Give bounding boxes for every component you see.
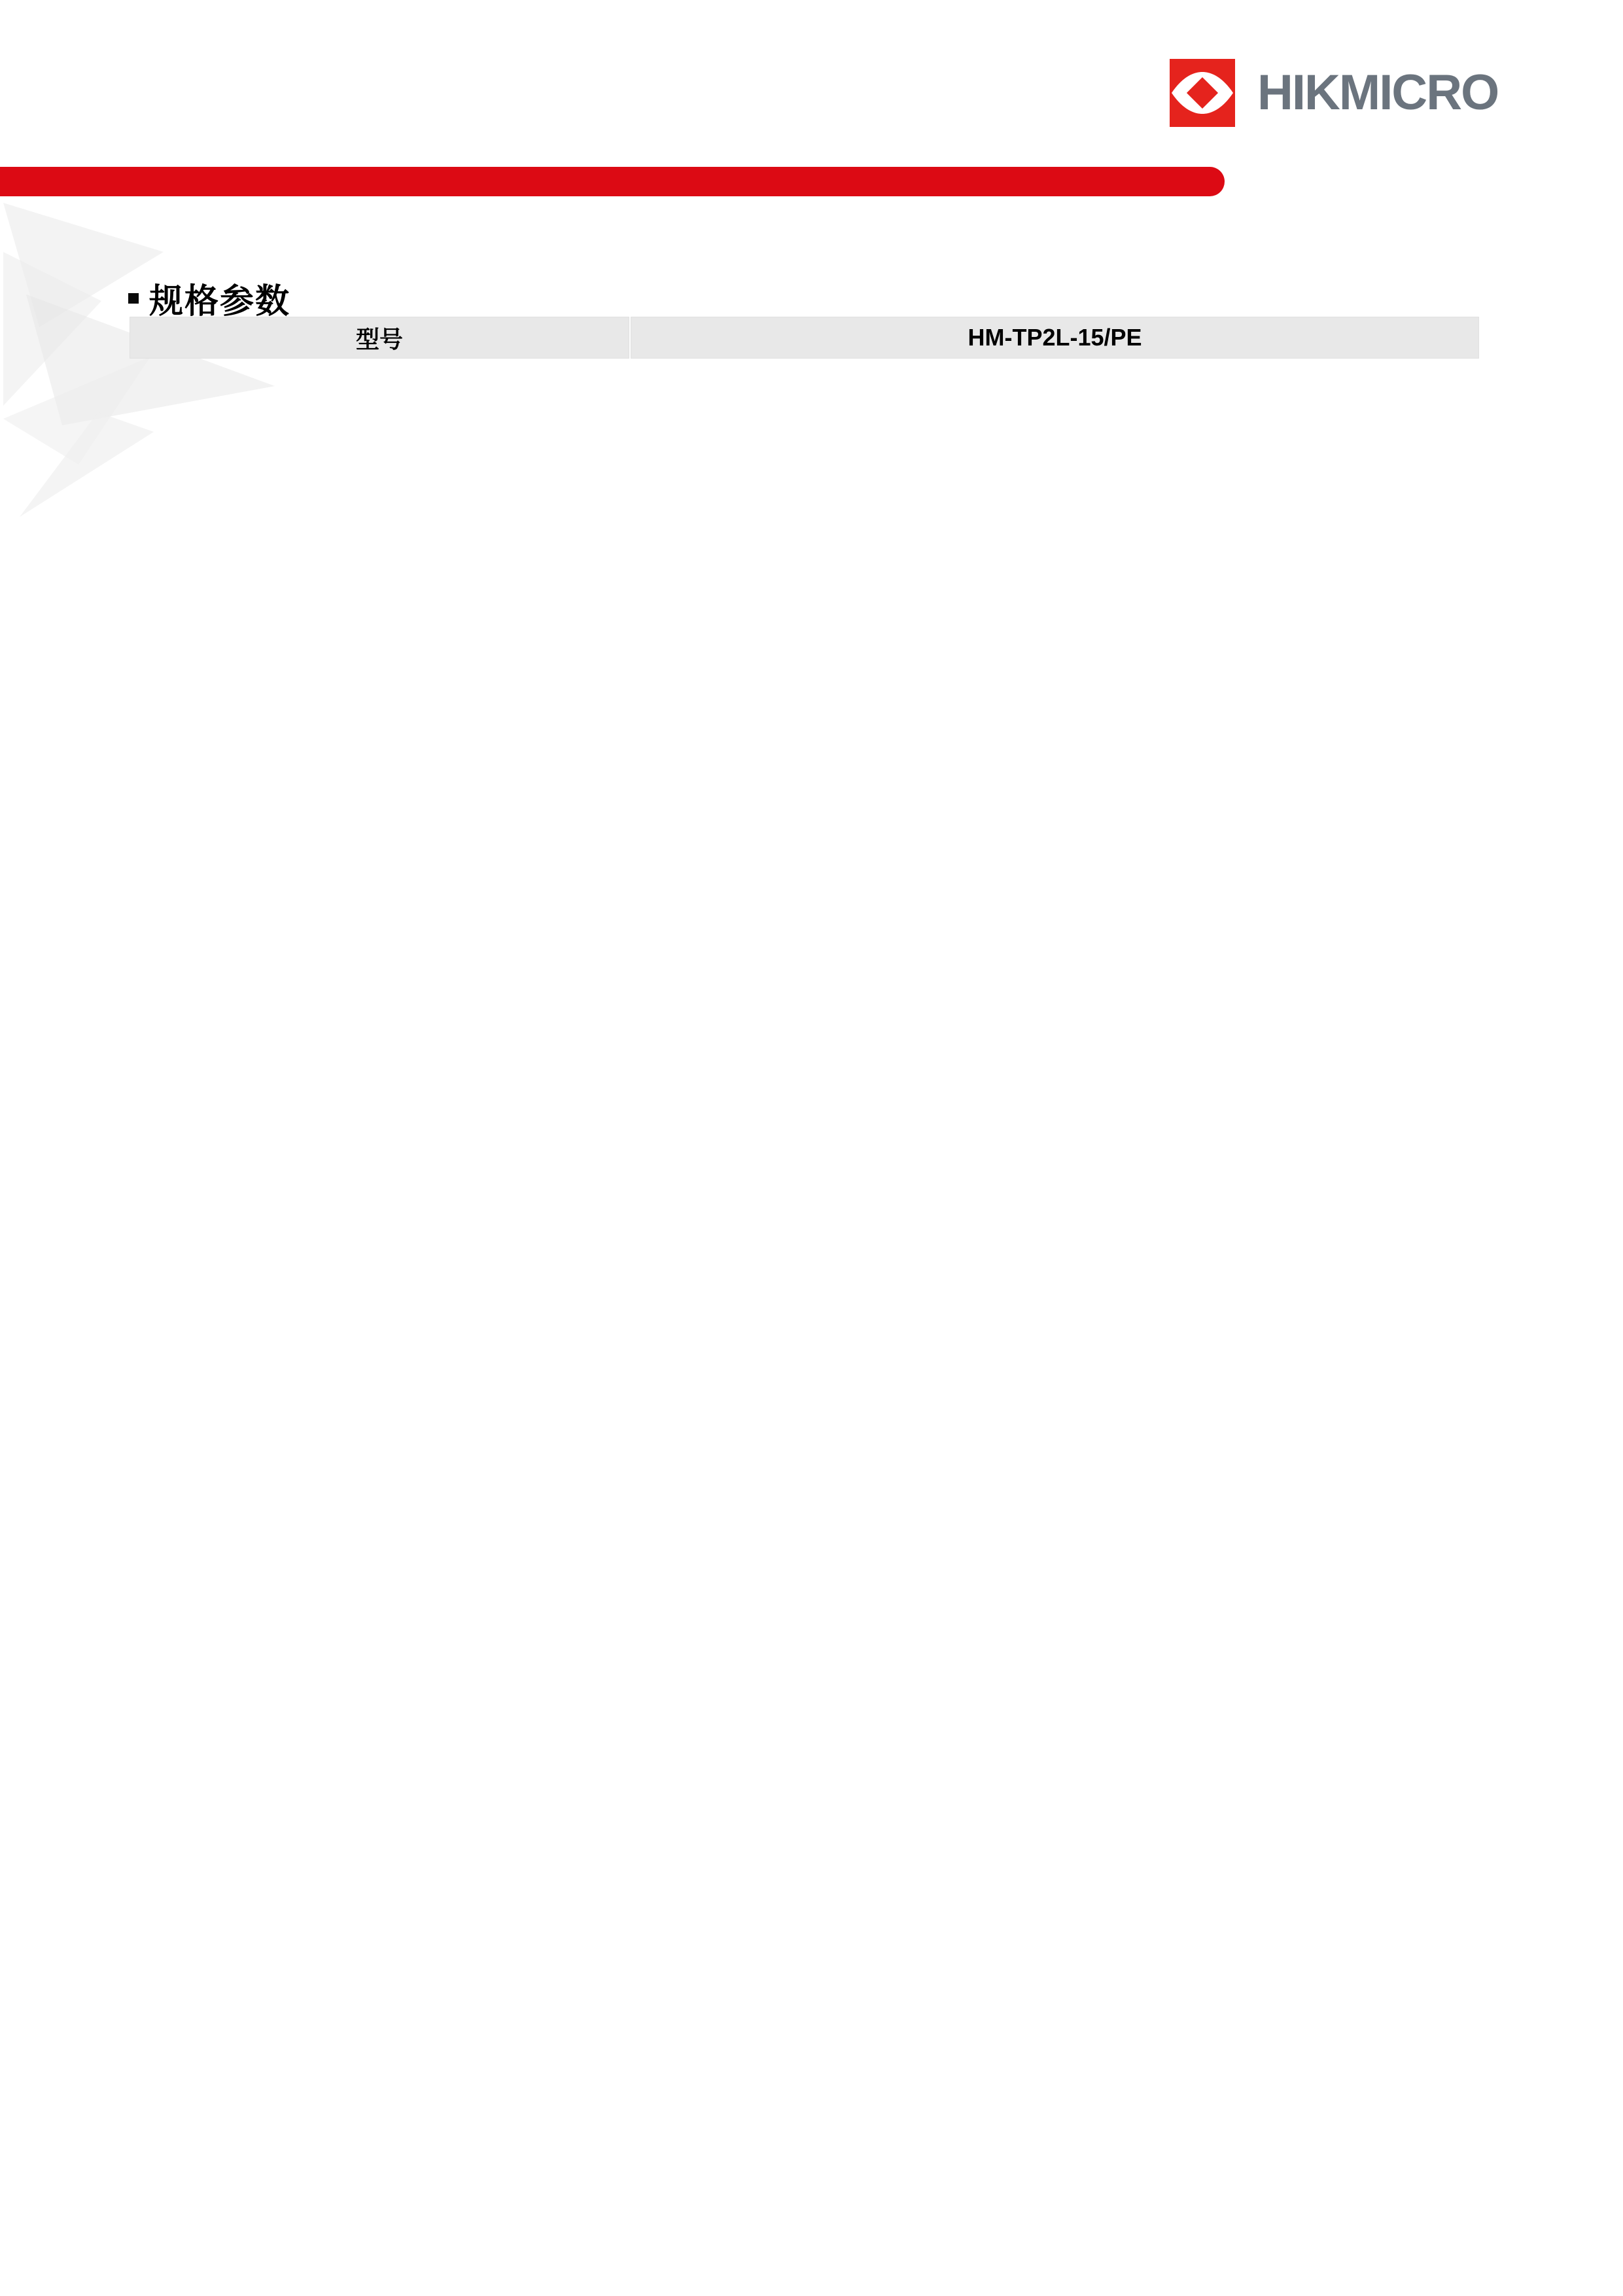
spec-table-body: 型号 HM-TP2L-15/PE bbox=[130, 317, 1479, 359]
model-header-label: 型号 bbox=[130, 317, 629, 359]
red-banner-bar bbox=[0, 167, 1225, 196]
square-bullet-icon bbox=[128, 293, 139, 304]
brand-name: HIKMICRO bbox=[1257, 59, 1498, 127]
spec-table: 型号 HM-TP2L-15/PE bbox=[128, 315, 1480, 360]
spec-sheet-page: { "logo": { "brand": "HIKMICRO" }, "titl… bbox=[0, 0, 1623, 2296]
table-header-row: 型号 HM-TP2L-15/PE bbox=[130, 317, 1479, 359]
hikmicro-eye-icon bbox=[1170, 59, 1235, 127]
model-number: HM-TP2L-15/PE bbox=[631, 317, 1479, 359]
brand-logo: HIKMICRO bbox=[1170, 59, 1498, 127]
